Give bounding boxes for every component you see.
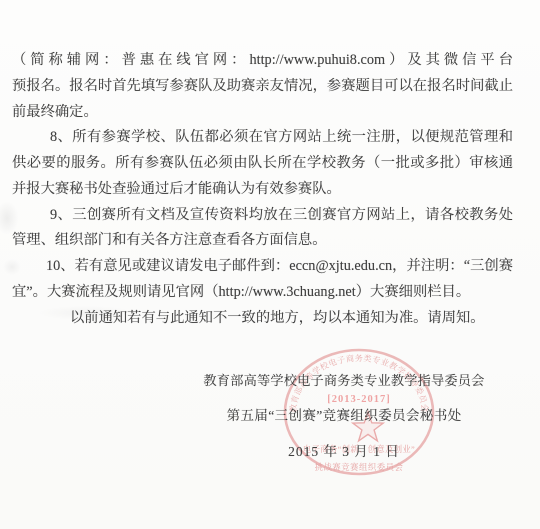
signature-date: 2015 年 3 月 1 日 bbox=[148, 442, 540, 462]
signature-block: 教育部高等学校电子商务类专业教学指导委员会 第五届“三创赛”竞赛组织委员会秘书处… bbox=[148, 371, 540, 462]
body-line: 管理、组织部门和有关各方注意查看各方面信息。 bbox=[12, 228, 513, 254]
body-line: 并报大赛秘书处查验通过后才能确认为有效参赛队。 bbox=[12, 177, 513, 203]
body-line: 8、所有参赛学校、队伍都必须在官方网站上统一注册，以便规范管理和提 bbox=[12, 125, 513, 151]
seal-inner-bottom-text: 挑战赛竞赛组织委员会 bbox=[315, 462, 404, 472]
body-line: （简称辅网：普惠在线官网：http://www.puhui8.com）及其微信平… bbox=[12, 48, 513, 74]
signature-org-line-2: 第五届“三创赛”竞赛组织委员会秘书处 bbox=[148, 406, 540, 426]
scanned-notice-page: 教育部高等学校电子商务类专业教学指导委员会 [2013-2017] 电子商务“创… bbox=[0, 0, 540, 529]
signature-org-line-1: 教育部高等学校电子商务类专业教学指导委员会 bbox=[148, 371, 540, 391]
body-line: 前最终确定。 bbox=[12, 100, 513, 126]
body-line: 以前通知若有与此通知不一致的地方，均以本通知为准。请周知。 bbox=[12, 306, 513, 332]
document-body: （简称辅网：普惠在线官网：http://www.puhui8.com）及其微信平… bbox=[12, 48, 513, 331]
body-line: 9、三创赛所有文档及宣传资料均放在三创赛官方网站上，请各校教务处等 bbox=[12, 203, 513, 229]
body-line: 宜”。大赛流程及规则请见官网（http://www.3chuang.net）大赛… bbox=[12, 280, 513, 306]
body-line: 10、若有意见或建议请发电子邮件到：eccn@xjtu.edu.cn，并注明：“… bbox=[12, 254, 513, 280]
body-line: 预报名。报名时首先填写参赛队及助赛亲友情况，参赛题目可以在报名时间截止 bbox=[12, 74, 513, 100]
body-line: 供必要的服务。所有参赛队伍必须由队长所在学校教务（一批或多批）审核通过， bbox=[12, 151, 513, 177]
